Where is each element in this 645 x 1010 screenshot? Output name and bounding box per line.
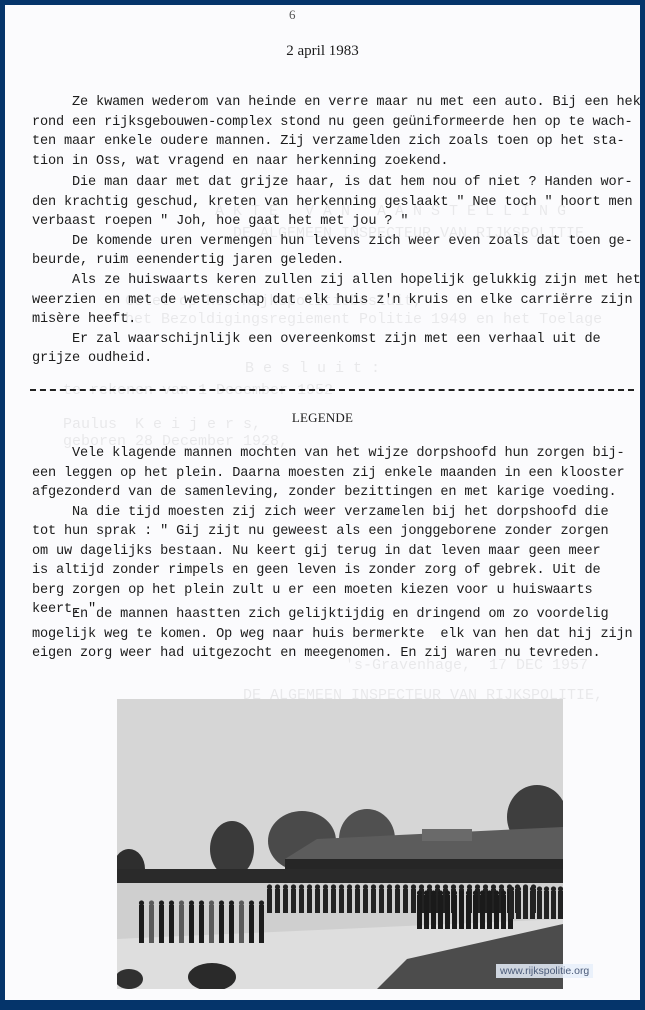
paragraph: Die man daar met dat grijze haar, is dat… bbox=[32, 173, 632, 271]
legend-paragraph: En de mannen haastten zich gelijktijdig … bbox=[32, 605, 632, 664]
legend-paragraph: Vele klagende mannen mochten van het wij… bbox=[32, 444, 632, 620]
legend-title: LEGENDE bbox=[5, 410, 640, 426]
parade-photo bbox=[117, 699, 563, 989]
paragraph: Ze kwamen wederom van heinde en verre ma… bbox=[32, 93, 632, 171]
paragraph: Als ze huiswaarts keren zullen zij allen… bbox=[32, 271, 632, 369]
document-date: 2 april 1983 bbox=[5, 43, 640, 60]
scanned-page: A K T E V A N A A N S T E L L I N G DE A… bbox=[5, 5, 640, 1000]
page-number: 6 bbox=[289, 7, 296, 23]
watermark: www.rijkspolitie.org bbox=[496, 964, 593, 978]
dashed-divider bbox=[30, 389, 634, 391]
